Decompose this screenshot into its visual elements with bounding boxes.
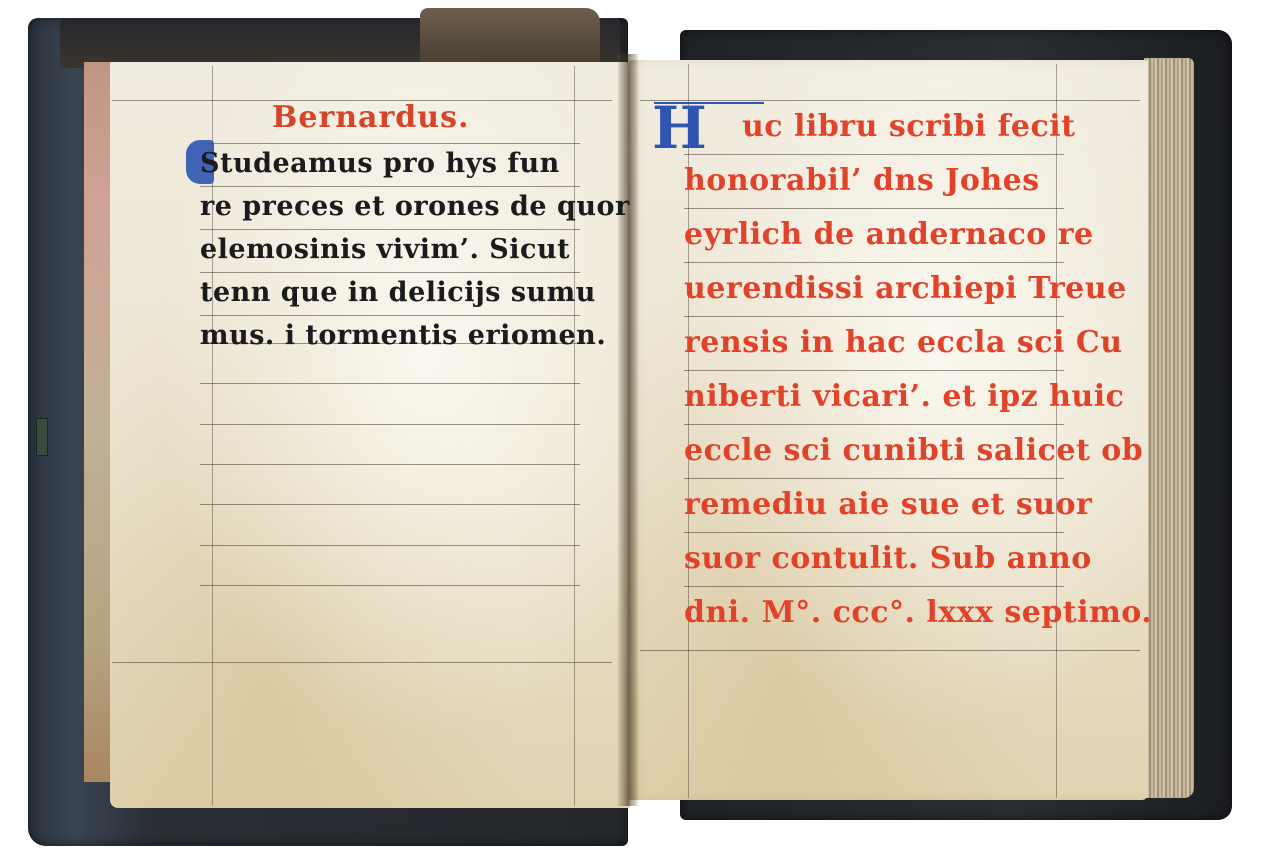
gutter: [618, 54, 638, 806]
ruling-line: [200, 545, 580, 546]
right-page-colophon: uc libru scribi fecit honorabil’ dns Joh…: [684, 100, 1084, 640]
worn-cover-corner: [420, 8, 600, 63]
text-line: remediu aie sue et suor: [684, 478, 1084, 532]
text-line: suor contulit. Sub anno: [684, 532, 1084, 586]
text-line: Studeamus pro hys fun: [200, 142, 600, 185]
text-line: mus. i tormentis eriomen.: [200, 314, 600, 357]
open-manuscript-book: Bernardus. Studeamus pro hys fun re prec…: [0, 0, 1280, 860]
ruling-line: [640, 650, 1140, 651]
text-line: elemosinis vivim’. Sicut: [200, 228, 600, 271]
clasp-remnant: [36, 418, 48, 456]
ruling-line: [112, 662, 612, 663]
ruling-line: [200, 504, 580, 505]
text-line: honorabil’ dns Johes: [684, 154, 1084, 208]
text-line: uerendissi archiepi Treue: [684, 262, 1084, 316]
rubric-heading: Bernardus.: [272, 100, 469, 135]
left-page-text: Studeamus pro hys fun re preces et orone…: [200, 142, 600, 357]
ruling-line: [200, 464, 580, 465]
text-line: tenn que in delicijs sumu: [200, 271, 600, 314]
ruling-line: [200, 585, 580, 586]
text-line: uc libru scribi fecit: [684, 100, 1084, 154]
ruling-line: [200, 383, 580, 384]
ruling-line: [200, 424, 580, 425]
text-line: niberti vicari’. et ipz huic: [684, 370, 1084, 424]
text-line: rensis in hac eccla sci Cu: [684, 316, 1084, 370]
text-line: re preces et orones de quor: [200, 185, 600, 228]
page-fore-edge: [1144, 58, 1194, 798]
text-line: eyrlich de andernaco re: [684, 208, 1084, 262]
text-line: dni. M°. ccc°. lxxx septimo.: [684, 586, 1084, 640]
text-line: eccle sci cunibti salicet ob: [684, 424, 1084, 478]
